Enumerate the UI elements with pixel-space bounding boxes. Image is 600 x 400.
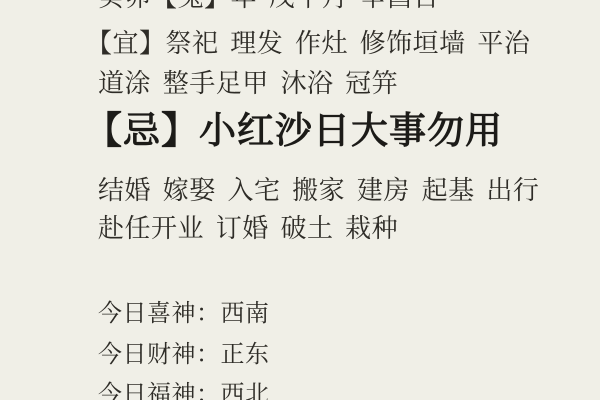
auspicious-yi-line2: 道涂 整手足甲 沐浴 冠笄 [98,70,398,96]
joy-god-direction-line: 今日喜神：西南 [98,302,270,326]
fortune-god-direction-line: 今日福神：西北 [98,383,270,400]
almanac-page: 癸卯【兔】年 戊午月 辛酉日 【宜】祭祀 理发 作灶 修饰垣墙 平治 道涂 整手… [0,0,600,400]
ganzhi-date-line: 癸卯【兔】年 戊午月 辛酉日 [98,0,439,10]
inauspicious-ji-line2: 赴任开业 订婚 破土 栽种 [98,215,398,241]
wealth-god-direction-line: 今日财神：正东 [98,343,270,367]
inauspicious-ji-headline: 【忌】小红沙日大事勿用 [85,112,503,149]
inauspicious-ji-line1: 结婚 嫁娶 入宅 搬家 建房 起基 出行 [98,177,539,203]
auspicious-yi-line1: 【宜】祭祀 理发 作灶 修饰垣墙 平治 [86,30,530,56]
